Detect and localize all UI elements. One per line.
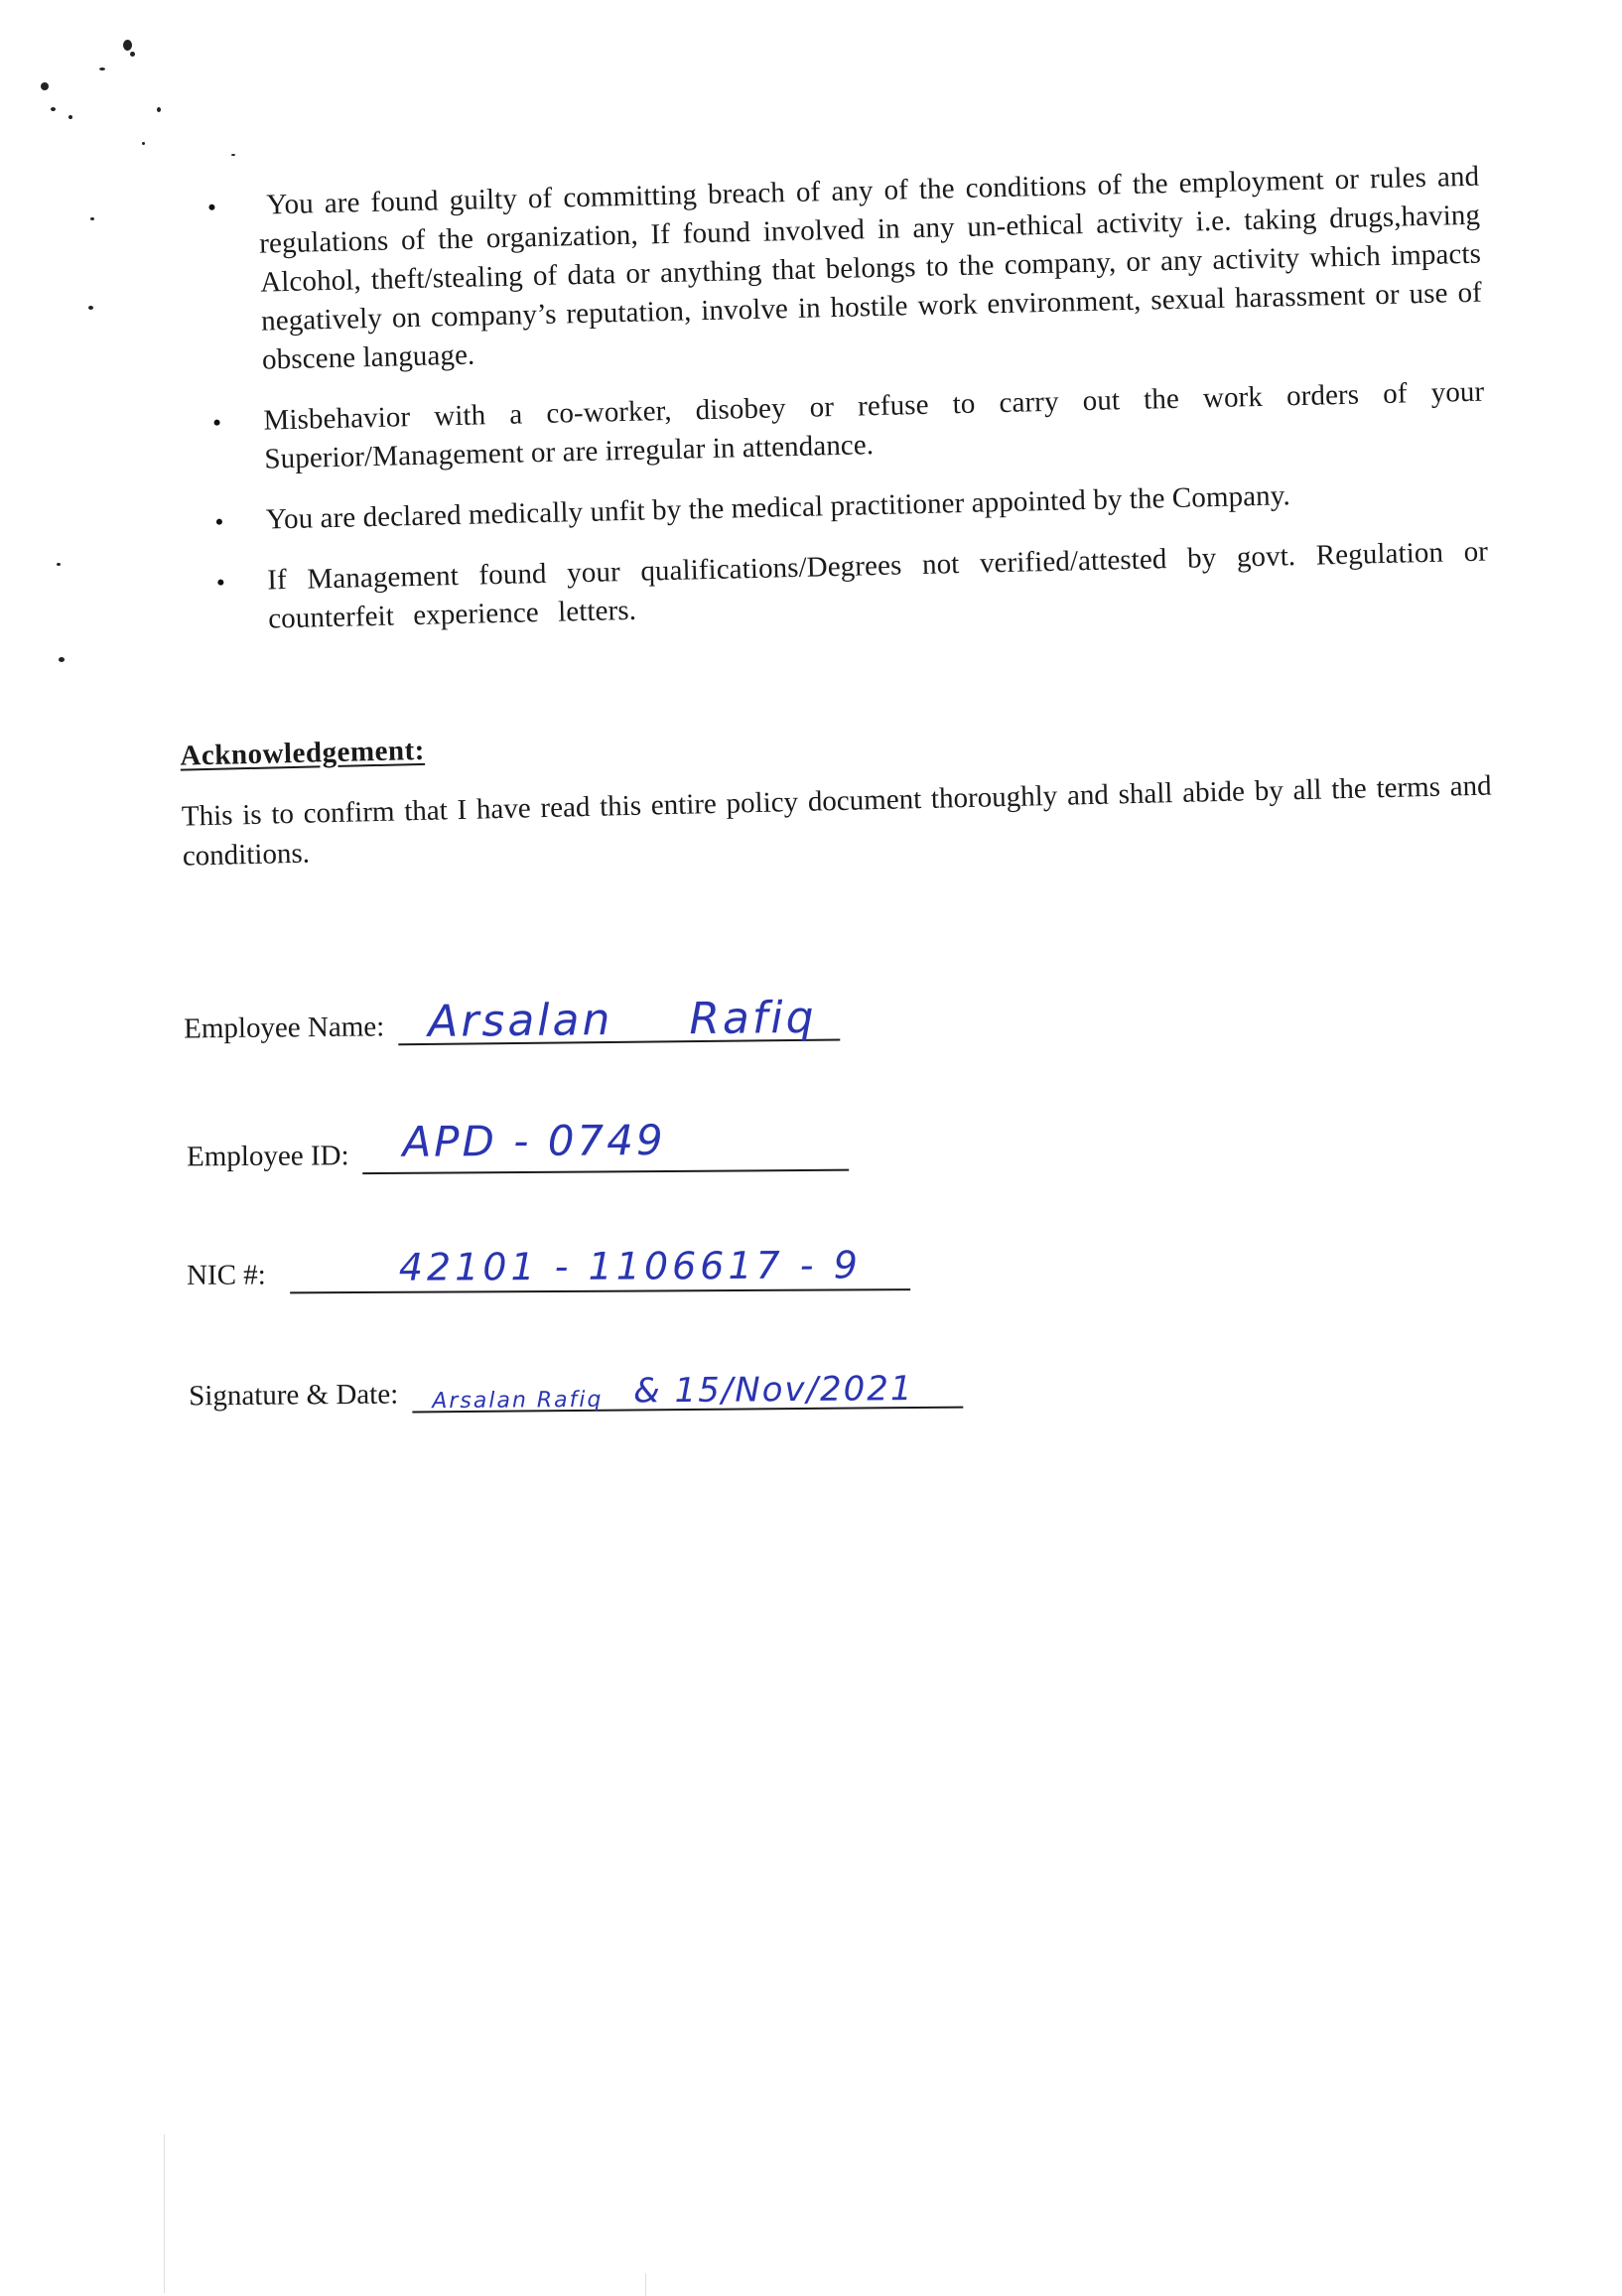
- scan-speck: [57, 563, 61, 566]
- scan-speck: [90, 217, 94, 220]
- condition-item: You are found guilty of committing breac…: [159, 158, 1483, 382]
- scanned-page: You are found guilty of committing breac…: [0, 0, 1622, 2296]
- employee-name-field: Employee Name: Arsalan Rafiq: [184, 980, 841, 1048]
- scan-streak: [164, 2134, 165, 2293]
- employee-name-label: Employee Name:: [184, 1011, 384, 1047]
- policy-content: You are found guilty of committing breac…: [159, 158, 1495, 877]
- bullet-icon: [217, 580, 223, 586]
- acknowledgement-text: This is to confirm that I have read this…: [181, 766, 1493, 877]
- scan-streak: [645, 2273, 646, 2296]
- condition-item: You are declared medically unfit by the …: [166, 473, 1487, 542]
- bullet-icon: [208, 204, 214, 210]
- signature-date-label: Signature & Date:: [189, 1379, 398, 1416]
- condition-text: Misbehavior with a co-worker, disobey or…: [263, 376, 1484, 475]
- condition-item: If Management found your qualifications/…: [168, 533, 1489, 641]
- acknowledgement-heading: Acknowledgement:: [180, 735, 425, 773]
- employee-id-line[interactable]: APD - 0749: [362, 1110, 849, 1174]
- bullet-icon: [213, 420, 219, 426]
- bullet-icon: [216, 519, 222, 525]
- nic-field: NIC #: 42101 - 1106617 - 9: [187, 1229, 910, 1294]
- signature-date: 15/Nov/2021: [674, 1369, 913, 1411]
- handwritten-signature: Arsalan Rafiq: [432, 1390, 603, 1414]
- signature-date-field: Signature & Date: Arsalan Rafiq & 15/Nov…: [189, 1327, 964, 1416]
- condition-text: You are found guilty of committing breac…: [259, 161, 1482, 376]
- employee-id-field: Employee ID: APD - 0749: [187, 1110, 850, 1176]
- scan-speck: [130, 52, 135, 57]
- scan-speck: [51, 107, 56, 111]
- scan-speck: [123, 40, 132, 51]
- nic-value: 42101 - 1106617 - 9: [399, 1243, 862, 1288]
- employee-id-value: APD - 0749: [402, 1116, 665, 1166]
- signature-date-value: Arsalan Rafiq & 15/Nov/2021: [432, 1369, 914, 1413]
- scan-speck: [41, 82, 49, 90]
- scan-speck: [59, 657, 65, 662]
- nic-label: NIC #:: [187, 1259, 266, 1293]
- employee-name-value: Arsalan Rafiq: [428, 993, 817, 1047]
- scan-speck: [142, 142, 145, 145]
- signature-separator: &: [633, 1371, 662, 1411]
- acknowledgement-section: Acknowledgement: This is to confirm that…: [172, 710, 1495, 877]
- condition-item: Misbehavior with a co-worker, disobey or…: [164, 373, 1485, 481]
- employee-name-line[interactable]: Arsalan Rafiq: [398, 980, 841, 1046]
- condition-text: You are declared medically unfit by the …: [266, 479, 1291, 535]
- scan-speck: [88, 306, 93, 310]
- scan-speck: [99, 68, 105, 70]
- scan-speck: [68, 115, 72, 119]
- employee-id-label: Employee ID:: [187, 1140, 349, 1175]
- nic-line[interactable]: 42101 - 1106617 - 9: [290, 1229, 910, 1293]
- signature-date-line[interactable]: Arsalan Rafiq & 15/Nov/2021: [412, 1327, 964, 1414]
- termination-conditions-list: You are found guilty of committing breac…: [159, 158, 1489, 641]
- scan-speck: [157, 107, 161, 112]
- condition-text: If Management found your qualifications/…: [267, 536, 1488, 635]
- scan-speck: [231, 154, 235, 156]
